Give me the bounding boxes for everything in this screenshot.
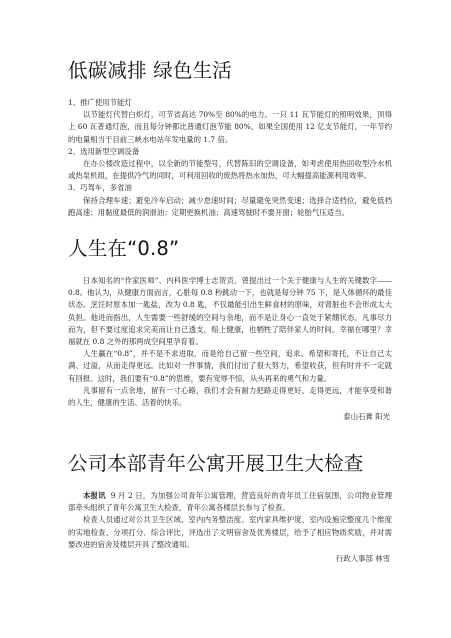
article-low-carbon: 低碳减排 绿色生活 1、推广使用节能灯 以节能灯代替白炽灯，可节省高达 70%至… (68, 59, 392, 219)
article-dorm-inspection: 公司本部青年公寓开展卫生大检查 本报讯 9 月 2 日，为加强公司青年公寓管理，… (68, 452, 392, 565)
article-body: 本报讯 9 月 2 日，为加强公司青年公寓管理，营造良好的青年员工住宿氛围，公司… (68, 490, 392, 565)
article-body: 日本知名的“作家医师”、内科医学博士志贺贡，曾提出过一个关于健康与人生的关键数字… (68, 275, 392, 423)
article-title: 人生在“0.8” (68, 237, 392, 261)
document-page: 低碳减排 绿色生活 1、推广使用节能灯 以节能灯代替白炽灯，可节省高达 70%至… (0, 0, 451, 638)
lead-paragraph: 本报讯 9 月 2 日，为加强公司青年公寓管理，营造良好的青年员工住宿氛围，公司… (68, 490, 392, 514)
item-heading: 3、巧驾车，多省油 (68, 182, 392, 194)
article-title: 低碳减排 绿色生活 (68, 59, 392, 83)
lead-date: 9 月 2 日， (111, 491, 151, 500)
item-text: 保持合理车速；避免冷车启动；减少怠速时间；尽量避免突然变速；选择合适档位，避免低… (68, 195, 392, 219)
article-body: 1、推广使用节能灯 以节能灯代替白炽灯，可节省高达 70%至 80%的电力。一只… (68, 97, 392, 219)
article-signature: 行政人事部 林雪 (68, 553, 392, 565)
paragraph: 日本知名的“作家医师”、内科医学博士志贺贡，曾提出过一个关于健康与人生的关键数字… (68, 275, 392, 348)
article-life-0-8: 人生在“0.8” 日本知名的“作家医师”、内科医学博士志贺贡，曾提出过一个关于健… (68, 237, 392, 423)
article-title: 公司本部青年公寓开展卫生大检查 (68, 452, 392, 476)
paragraph: 检查人员通过对公共卫生区域、室内内务整洁度、室内家具维护度、室内设施完整度几个维… (68, 514, 392, 551)
lead-label: 本报讯 (83, 491, 106, 500)
article-signature: 泰山石膏 阳光 (68, 411, 392, 423)
item-heading: 2、选用新型空调设备 (68, 146, 392, 158)
item-text: 以节能灯代替白炽灯，可节省高达 70%至 80%的电力。一只 11 瓦节能灯的照… (68, 109, 392, 146)
item-heading: 1、推广使用节能灯 (68, 97, 392, 109)
paragraph: 凡事留有一点余地，留有一寸心路，我们才会有耐力把路走得更好、走得更远，才能享受和… (68, 385, 392, 409)
item-text: 在办公楼改造过程中，以全新的节能型号，代替陈旧的空调设备，如考虑使用热回收型冷水… (68, 158, 392, 182)
paragraph: 人生赢在“0.8”，并不是不求进取，而是给自己留一些空间，追求、希望和寄托，不让… (68, 348, 392, 385)
